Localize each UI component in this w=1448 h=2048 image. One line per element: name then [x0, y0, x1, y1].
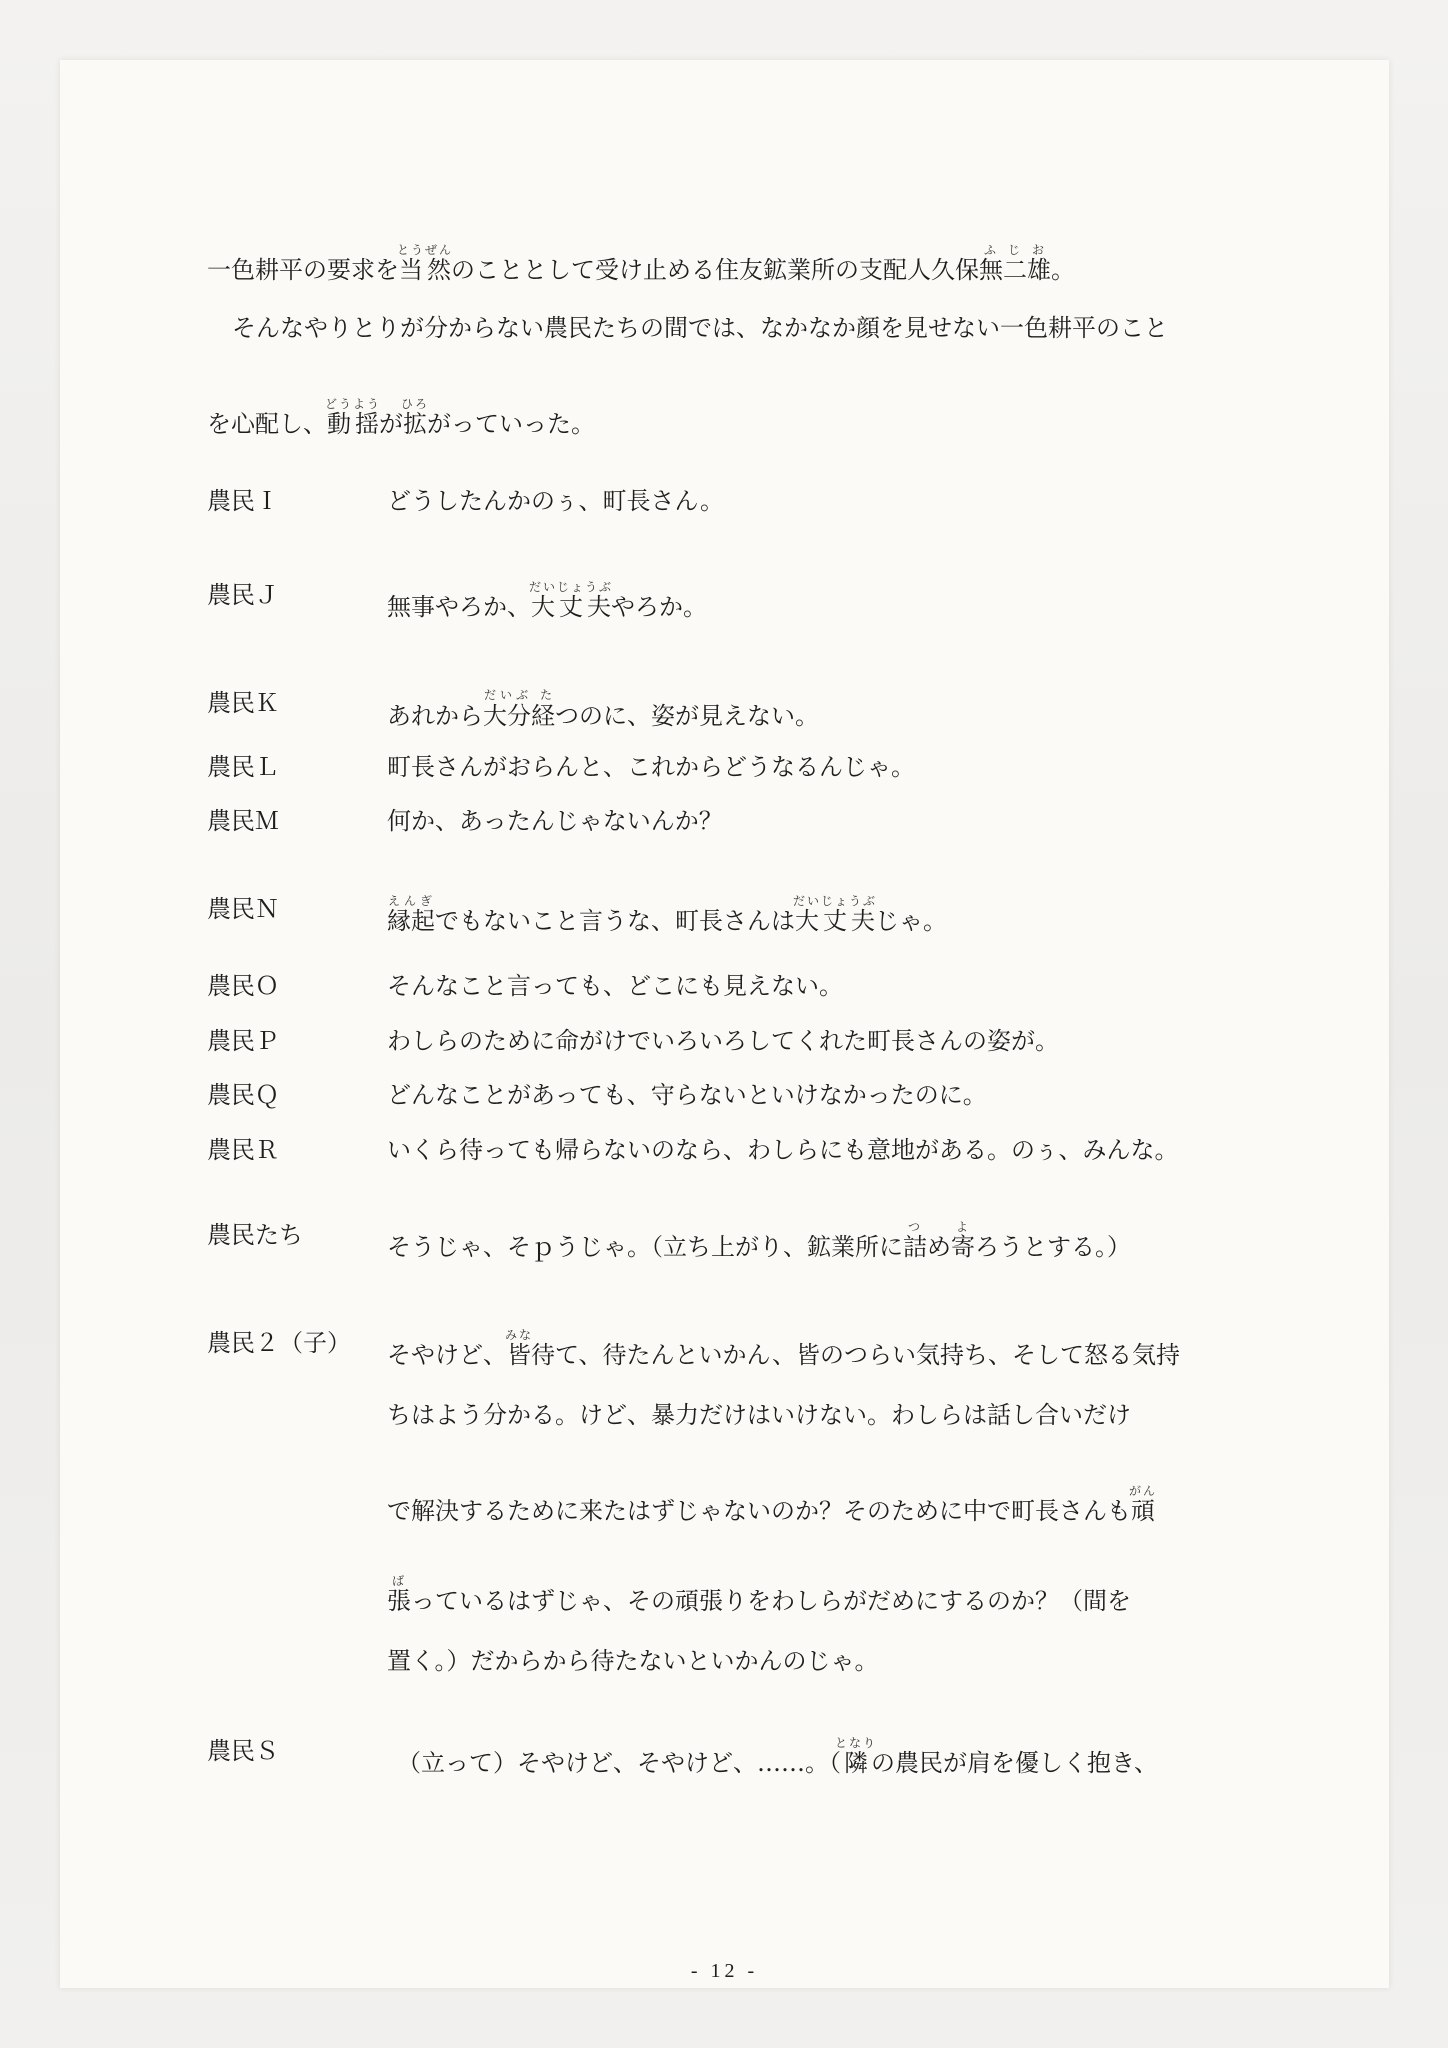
ruby-annotated-word: 動揺どうよう [327, 410, 379, 438]
ruby-annotated-word: 縁起えんぎ [387, 907, 435, 935]
speaker-name: 農民Ｓ [207, 1736, 279, 1766]
speaker-name: 農民Ｋ [207, 688, 279, 718]
dialogue-text: そうじゃ、そｐうじゃ。（立ち上がり、鉱業所に詰つめ寄よろうとする。） [387, 1220, 1131, 1262]
ruby-annotated-word: 張ば [387, 1587, 411, 1615]
ruby-annotated-word: 皆みな [507, 1341, 531, 1369]
speaker-name: 農民２（子） [207, 1328, 351, 1358]
ruby-annotated-word: 寄よ [951, 1233, 975, 1261]
dialogue-text: 無事やろか、大丈夫だいじょうぶやろか。 [387, 580, 707, 622]
speaker-name: 農民たち [207, 1220, 303, 1250]
page-number: - 12 - [60, 1960, 1389, 1983]
ruby-annotated-word: 詰つ [903, 1233, 927, 1261]
speaker-name: 農民Ｉ [207, 486, 279, 516]
speaker-name: 農民Ｒ [207, 1135, 279, 1165]
document-page: 一色耕平の要求を当然とうぜんのこととして受け止める住友鉱業所の支配人久保無二雄ふ… [60, 60, 1389, 1988]
ruby-annotated-word: 大丈夫だいじょうぶ [795, 907, 875, 935]
dialogue-text: 置く。）だからから待たないといかんのじゃ。 [387, 1646, 879, 1676]
ruby-annotated-word: 隣となり [841, 1749, 871, 1777]
ruby-annotated-word: 頑がん [1131, 1497, 1157, 1525]
narration-text: を心配し、動揺どうようが拡ひろがっていった。 [207, 397, 595, 439]
dialogue-text: ちはよう分かる。けど、暴力だけはいけない。わしらは話し合いだけ [387, 1400, 1131, 1430]
speaker-name: 農民Ｏ [207, 971, 279, 1001]
dialogue-text: どんなことがあっても、守らないといけなかったのに。 [387, 1080, 987, 1110]
dialogue-text: 町長さんがおらんと、これからどうなるんじゃ。 [387, 752, 915, 782]
speaker-name: 農民Ｎ [207, 894, 279, 924]
dialogue-text: で解決するために来たはずじゃないのか？そのために中で町長さんも頑がん [387, 1484, 1157, 1526]
dialogue-text: （立って）そやけど、そやけど、……。（隣となりの農民が肩を優しく抱き、 [397, 1736, 1158, 1778]
ruby-annotated-word: 拡ひろ [403, 410, 427, 438]
speaker-name: 農民Ｌ [207, 752, 279, 782]
dialogue-text: そやけど、皆みな待て、待たんといかん、皆のつらい気持ち、そして怒る気持 [387, 1328, 1180, 1370]
dialogue-text: いくら待っても帰らないのなら、わしらにも意地がある。のぅ、みんな。 [387, 1135, 1179, 1165]
dialogue-text: 張ばっているはずじゃ、その頑張りをわしらがだめにするのか？（間を [387, 1574, 1131, 1616]
dialogue-text: そんなこと言っても、どこにも見えない。 [387, 971, 843, 1001]
speaker-name: 農民Ｊ [207, 580, 279, 610]
narration-text: 一色耕平の要求を当然とうぜんのこととして受け止める住友鉱業所の支配人久保無二雄ふ… [207, 243, 1075, 285]
dialogue-text: 何か、あったんじゃないんか？ [387, 806, 723, 836]
narration-text: そんなやりとりが分からない農民たちの間では、なかなか顔を見せない一色耕平のこと [232, 313, 1168, 343]
dialogue-text: どうしたんかのぅ、町長さん。 [387, 486, 724, 516]
speaker-name: 農民Ｐ [207, 1026, 279, 1056]
dialogue-text: あれから大分経だいぶ たつのに、姿が見えない。 [387, 688, 819, 731]
ruby-annotated-word: 当然とうぜん [399, 256, 451, 284]
speaker-name: 農民Ｍ [207, 806, 279, 836]
ruby-annotated-word: 無二雄ふじお [979, 256, 1051, 284]
dialogue-text: 縁起えんぎでもないこと言うな、町長さんは大丈夫だいじょうぶじゃ。 [387, 894, 947, 936]
dialogue-text: わしらのために命がけでいろいろしてくれた町長さんの姿が。 [387, 1026, 1059, 1056]
ruby-annotated-word: 大分経だいぶ た [483, 702, 555, 730]
ruby-annotated-word: 大丈夫だいじょうぶ [531, 593, 611, 621]
speaker-name: 農民Ｑ [207, 1080, 279, 1110]
